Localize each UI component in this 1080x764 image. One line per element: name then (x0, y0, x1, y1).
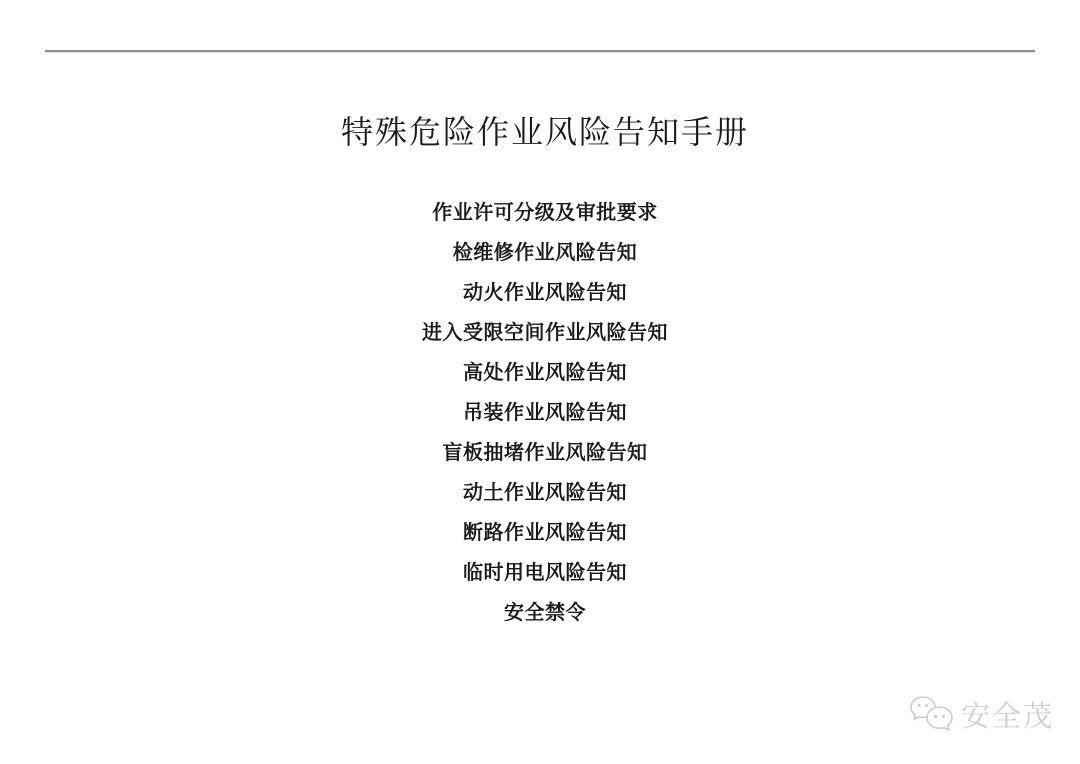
top-divider (45, 50, 1035, 53)
brand-watermark: 安全茂 (908, 694, 1054, 735)
toc-item: 动土作业风险告知 (0, 473, 1080, 513)
toc-item: 高处作业风险告知 (0, 353, 1080, 393)
toc-item: 检维修作业风险告知 (0, 233, 1080, 273)
toc-list: 作业许可分级及审批要求 检维修作业风险告知 动火作业风险告知 进入受限空间作业风… (0, 193, 1080, 633)
toc-item: 断路作业风险告知 (0, 513, 1080, 553)
toc-item: 安全禁令 (0, 593, 1080, 633)
toc-item: 动火作业风险告知 (0, 273, 1080, 313)
brand-name: 安全茂 (961, 694, 1054, 735)
toc-item: 进入受限空间作业风险告知 (0, 313, 1080, 353)
page-title: 特殊危险作业风险告知手册 (0, 106, 1080, 158)
toc-item: 盲板抽堵作业风险告知 (0, 433, 1080, 473)
document-page: 特殊危险作业风险告知手册 作业许可分级及审批要求 检维修作业风险告知 动火作业风… (0, 0, 1080, 764)
toc-item: 临时用电风险告知 (0, 553, 1080, 593)
wechat-icon (908, 695, 956, 735)
toc-item: 吊装作业风险告知 (0, 393, 1080, 433)
toc-item: 作业许可分级及审批要求 (0, 193, 1080, 233)
